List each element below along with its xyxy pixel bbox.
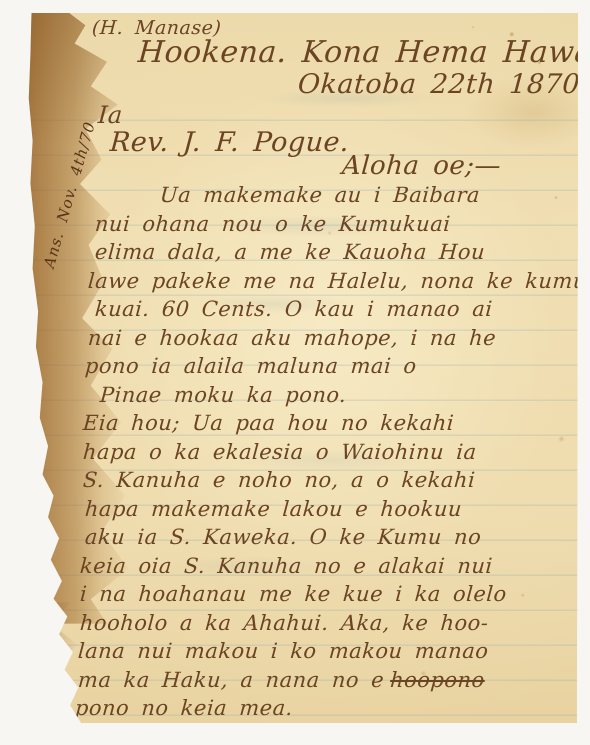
letter-body: Ua makemake au i Baibara nui ohana nou o… (26, 181, 578, 723)
letter-line-with-strikethrough: ma ka Haku, a nana no ehoopono (25, 666, 579, 695)
letter-line: Ua makemake au i Baibara (25, 181, 579, 210)
salutation-to: Ia (97, 101, 124, 129)
letter-line: pono ia alaila maluna mai o (25, 352, 579, 381)
letter-line: Eia hou; Ua paa hou no kekahi (25, 409, 579, 438)
letter-line: lana nui makou i ko makou manao (25, 637, 579, 666)
letter-line: Pinae moku ka pono. (25, 381, 579, 410)
date-line: Okatoba 22th 1870 (297, 69, 581, 100)
letter-line: i na hoahanau me ke kue i ka olelo (25, 580, 579, 609)
greeting-line: Aloha oe;— (341, 151, 502, 181)
letter-line: hapa makemake lakou e hookuu (25, 495, 579, 524)
letter-line-text: ma ka Haku, a nana no e (77, 668, 385, 692)
place-line: Hookena. Kona Hema Hawaii (137, 35, 590, 70)
letter-line: hapa o ka ekalesia o Waiohinu ia (25, 438, 579, 467)
recipient-line: Rev. J. F. Pogue. (109, 127, 350, 158)
letter-line: S. Kanuha e noho no, a o kekahi (25, 466, 579, 495)
letter-line: nai e hookaa aku mahope, i na he (25, 324, 579, 353)
letter-line: lawe pakeke me na Halelu, nona ke kumu (25, 267, 579, 296)
letter-line: nui ohana nou o ke Kumukuai (25, 210, 579, 239)
letter-line: kuai. 60 Cents. O kau i manao ai (25, 295, 579, 324)
letter-line: aku ia S. Kaweka. O ke Kumu no (25, 523, 579, 552)
letter-line: pono no keia mea. (25, 694, 579, 723)
letter-line: keia oia S. Kanuha no e alakai nui (25, 552, 579, 581)
letter-line: hooholo a ka Ahahui. Aka, ke hoo- (25, 609, 579, 638)
struck-word: hoopono (389, 668, 485, 692)
letter-line: elima dala, a me ke Kauoha Hou (25, 238, 579, 267)
letter-paper: Ans. Nov. 4th/70 (H. Manase) Hookena. Ko… (26, 13, 578, 723)
